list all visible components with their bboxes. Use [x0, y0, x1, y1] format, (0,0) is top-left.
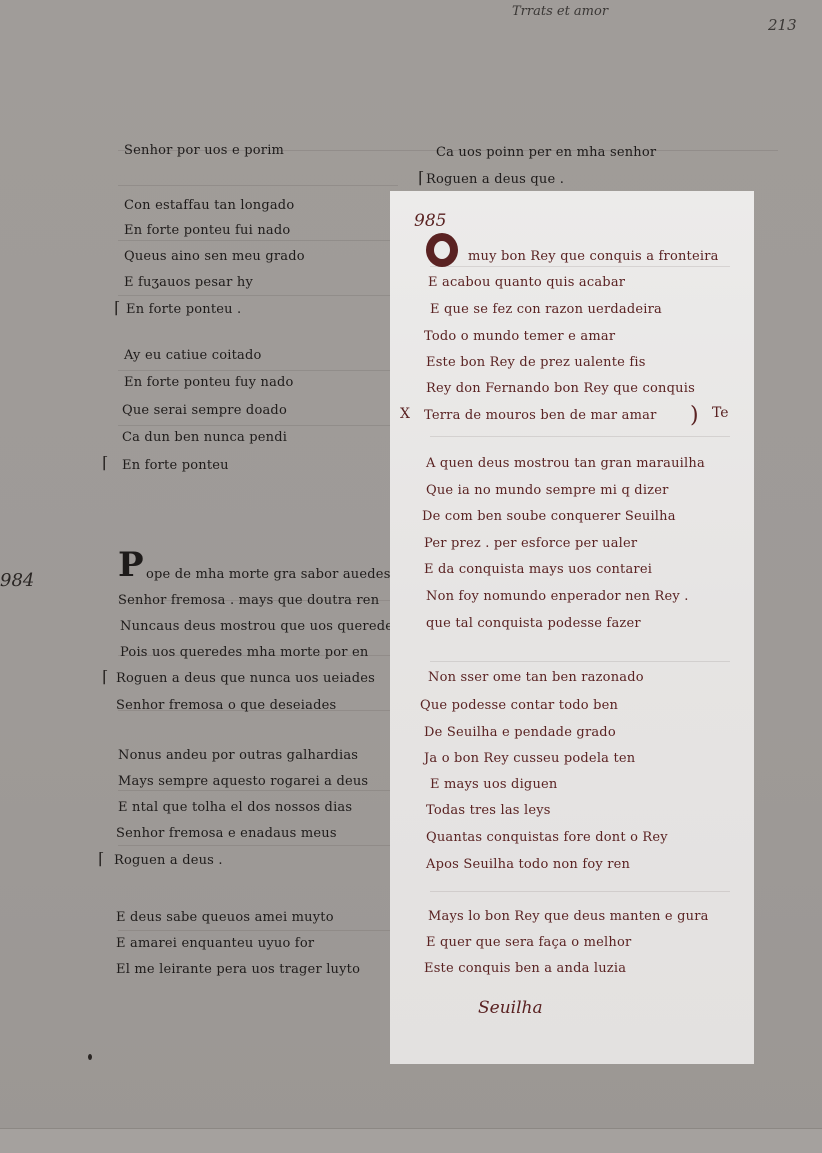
- verse-line: Apos Seuilha todo non foy ren: [426, 857, 630, 872]
- verse-line: Roguen a deus que .: [426, 172, 564, 187]
- verse-line: Ja o bon Rey cusseu podela ten: [424, 751, 635, 766]
- verse-line: Non foy nomundo enperador nen Rey .: [426, 589, 689, 604]
- ruling-line: [118, 930, 398, 931]
- verse-line: E deus sabe queuos amei muyto: [116, 910, 334, 925]
- ruling-line: [430, 891, 730, 892]
- margin-bracket-mark: ): [690, 403, 699, 428]
- verse-line: Terra de mouros ben de mar amar: [424, 408, 657, 423]
- poem-number: 985: [414, 211, 446, 231]
- verse-line: E ntal que tolha el dos nossos dias: [118, 800, 352, 815]
- verse-line: E quer que sera faça o melhor: [426, 935, 631, 950]
- header-annotation: Trrats et amor: [512, 4, 608, 19]
- verse-line: Senhor fremosa e enadaus meus: [116, 826, 337, 841]
- decorated-initial-o: [426, 233, 458, 267]
- verse-line: Pois uos queredes mha morte por en: [120, 645, 369, 660]
- poem-number: 984: [0, 570, 34, 591]
- verse-line: Todas tres las leys: [426, 803, 551, 818]
- verse-line: Per prez . per esforce per ualer: [424, 536, 637, 551]
- verse-line: De com ben soube conquerer Seuilha: [422, 509, 676, 524]
- verse-line: E da conquista mays uos contarei: [424, 562, 652, 577]
- verse-line: En forte ponteu: [122, 458, 229, 473]
- verse-line: En forte ponteu fuy nado: [124, 375, 294, 390]
- verse-line: Ay eu catiue coitado: [124, 348, 262, 363]
- verse-line: Rey don Fernando bon Rey que conquis: [426, 381, 695, 396]
- verse-line: E acabou quanto quis acabar: [428, 275, 625, 290]
- verse-line: En forte ponteu fui nado: [124, 223, 290, 238]
- paragraph-mark-icon: ⌈: [98, 849, 104, 868]
- verse-line: que tal conquista podesse fazer: [426, 616, 641, 631]
- verse-line: En forte ponteu .: [126, 302, 241, 317]
- verse-line: Non sser ome tan ben razonado: [428, 670, 644, 685]
- ink-spot: [88, 1054, 92, 1060]
- verse-line: A quen deus mostrou tan gran marauilha: [426, 456, 705, 471]
- verse-line: Mays lo bon Rey que deus manten e gura: [428, 909, 709, 924]
- signature-annotation: Seuilha: [478, 998, 543, 1018]
- verse-line: ope de mha morte gra sabor auedes: [146, 567, 391, 582]
- verse-line: El me leirante pera uos trager luyto: [116, 962, 360, 977]
- verse-line: Senhor fremosa o que deseiades: [116, 698, 336, 713]
- verse-line: Todo o mundo temer e amar: [424, 329, 615, 344]
- folio-number: 213: [768, 16, 797, 34]
- verse-line: Nonus andeu por outras galhardias: [118, 748, 358, 763]
- verse-line: muy bon Rey que conquis a fronteira: [468, 249, 719, 264]
- verse-line: E mays uos diguen: [430, 777, 558, 792]
- margin-x-mark: X: [400, 406, 410, 422]
- manuscript-page: Trrats et amor 213 Senhor por uos e pori…: [0, 0, 822, 1153]
- paragraph-mark-icon: ⌈: [102, 667, 108, 686]
- margin-note-mark: Te: [712, 405, 729, 421]
- paragraph-mark-icon: ⌈: [102, 453, 108, 472]
- ruling-line: [118, 185, 398, 186]
- verse-line: Roguen a deus .: [114, 853, 223, 868]
- ruling-line: [118, 790, 398, 791]
- ruling-line: [430, 661, 730, 662]
- verse-line: Senhor fremosa . mays que doutra ren: [118, 593, 379, 608]
- verse-line: E fuʒauos pesar hy: [124, 275, 253, 290]
- ruling-line: [118, 845, 398, 846]
- verse-line: Senhor por uos e porim: [124, 143, 284, 158]
- page-bottom-edge: [0, 1128, 822, 1153]
- verse-line: Nuncaus deus mostrou que uos queredes: [120, 619, 400, 634]
- verse-line: Que podesse contar todo ben: [420, 698, 618, 713]
- decorated-initial: P: [118, 548, 144, 582]
- verse-line: Ca dun ben nunca pendi: [122, 430, 287, 445]
- verse-line: E que se fez con razon uerdadeira: [430, 302, 662, 317]
- ruling-line: [430, 266, 730, 267]
- verse-line: Con estaffau tan longado: [124, 198, 294, 213]
- verse-line: Este conquis ben a anda luzia: [424, 961, 626, 976]
- verse-line: Roguen a deus que nunca uos ueiades: [116, 671, 375, 686]
- pasted-insert-slip: 985 muy bon Rey que conquis a fronteira …: [390, 191, 754, 1064]
- paragraph-mark-icon: ⌈: [114, 298, 120, 317]
- ruling-line: [118, 295, 398, 296]
- ruling-line: [118, 425, 398, 426]
- verse-line: Que ia no mundo sempre mi q dizer: [426, 483, 669, 498]
- verse-line: Ca uos poinn per en mha senhor: [436, 145, 656, 160]
- ruling-line: [430, 436, 730, 437]
- ruling-line: [118, 370, 398, 371]
- verse-line: Quantas conquistas fore dont o Rey: [426, 830, 668, 845]
- verse-line: Queus aino sen meu grado: [124, 249, 305, 264]
- ruling-line: [118, 240, 398, 241]
- verse-line: E amarei enquanteu uyuo for: [116, 936, 314, 951]
- paragraph-mark-icon: ⌈: [418, 168, 424, 187]
- verse-line: Mays sempre aquesto rogarei a deus: [118, 774, 368, 789]
- verse-line: Este bon Rey de prez ualente fis: [426, 355, 646, 370]
- verse-line: Que serai sempre doado: [122, 403, 287, 418]
- verse-line: De Seuilha e pendade grado: [424, 725, 616, 740]
